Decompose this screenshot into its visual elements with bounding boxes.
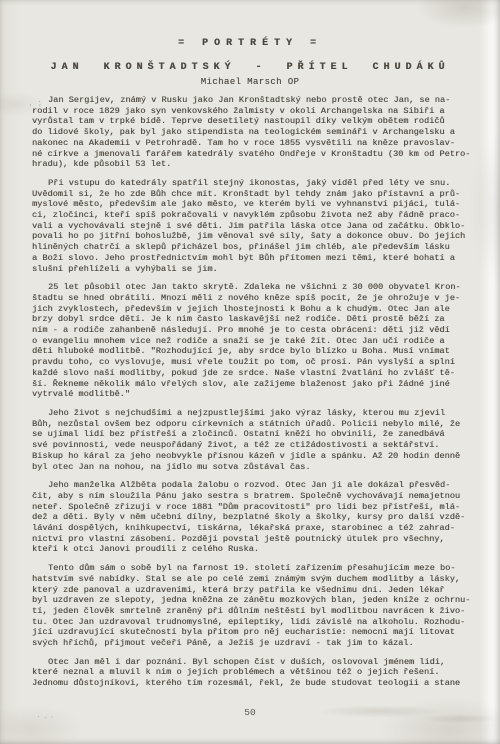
- text-line: Při vstupu do katedrály spatřil stejný i…: [32, 178, 476, 189]
- text-line: byl otec Jan na nohou, na jídlo mu sotva…: [32, 462, 476, 473]
- text-line: o evangeliu mnohem více než rodiče a sna…: [32, 336, 476, 347]
- text-line: tu. Otec Jan uzdravoval trudnomyslné, ep…: [32, 617, 476, 628]
- text-line: jící uzdravující skutečností byla přitom…: [32, 627, 476, 638]
- text-line: se ujímal lidí bez přístřeší a zločinců.…: [32, 429, 476, 440]
- text-line: nakonec na Akademii v Petrohradě. Tam ho…: [32, 138, 476, 149]
- text-line: brzy dobyl srdce dětí. Je k nim často la…: [32, 314, 476, 325]
- text-line: děti hluboké modlitbě. "Rozhodující je, …: [32, 346, 476, 357]
- text-line: kteří k otci Janovi proudili z celého Ru…: [32, 544, 476, 555]
- text-line: nictví pro vlastní zásobení. Později pov…: [32, 534, 476, 545]
- text-line: Otec Jan měl i dar poznání. Byl schopen …: [32, 657, 476, 668]
- page-number: 50: [0, 707, 500, 718]
- text-line: svých hříchů, přijmout večeři Páně, a Je…: [32, 638, 476, 649]
- text-line: své povinnosti, vede neuspořádaný život,…: [32, 440, 476, 451]
- text-line: myslové město, především ale jako město,…: [32, 199, 476, 210]
- text-line: povali ho po jitřní bohoslužbě, jim věno…: [32, 231, 476, 242]
- text-line: štadtu se hned obrátili. Mnozí měli z no…: [32, 293, 476, 304]
- text-line: které neznal a mluvil k nim o jejich pro…: [32, 667, 476, 678]
- paragraph: Jan Sergijev, známý v Rusku jako Jan Kro…: [32, 95, 476, 170]
- text-line: Biskup ho káral za jeho neobvykle přísno…: [32, 451, 476, 462]
- text-line: Tento dům sám o sobě byl na farnost 19. …: [32, 563, 476, 574]
- text-line: né církve a jmenovali farářem katedrály …: [32, 149, 476, 160]
- text-line: vali a vychovávali stejně i své děti. Ji…: [32, 221, 476, 232]
- text-line: každé slovo naší modlitby, pokud jde ze …: [32, 368, 476, 379]
- text-line: Bůh, nezůstal ovšem bez odporu církevníc…: [32, 419, 476, 430]
- text-line: neteř. Společně zřizují v roce 1881 "Dům…: [32, 502, 476, 513]
- text-line: ší. Řekneme několik málo vřelých slov, a…: [32, 379, 476, 390]
- text-line: ním - a rodiče zahanbeně následují. Pro …: [32, 325, 476, 336]
- text-line: pravdu toho, co vyslovuje, musí vřele to…: [32, 357, 476, 368]
- text-line: 25 let působil otec Jan takto skrytě. Zd…: [32, 282, 476, 293]
- article-heading: JAN KRONŠTADTSKÝ - PŘÍTEL CHUDÁKŮ: [0, 62, 500, 73]
- text-line: který zde panoval a uzdraveními, která b…: [32, 585, 476, 596]
- text-line: Uvědomil si, že ho zde Bůh chce mít. Kro…: [32, 189, 476, 200]
- text-line: hradu), kde působil 53 let.: [32, 159, 476, 170]
- text-line: jich zvyklostech, především v jejich lho…: [32, 304, 476, 315]
- scanned-page: = PORTRÉTY = JAN KRONŠTADTSKÝ - PŘÍTEL C…: [0, 0, 500, 744]
- text-line: do lidové školy, pak byl jako stipendist…: [32, 127, 476, 138]
- text-line: dež a děti. Byly v něm učební dílny, bez…: [32, 512, 476, 523]
- paragraph: Jeho manželka Alžběta podala žalobu o ro…: [32, 480, 476, 555]
- text-line: hliněných chatrčí a sklepů přicházel bos…: [32, 242, 476, 253]
- text-line: Jeho manželka Alžběta podala žalobu o ro…: [32, 480, 476, 491]
- text-line: Jednomu důstojníkovi, kterého tím rozesm…: [32, 678, 476, 689]
- text-line: Jan Sergijev, známý v Rusku jako Jan Kro…: [32, 95, 476, 106]
- text-line: lávání dospělých, knihkupectví, tiskárna…: [32, 523, 476, 534]
- paragraph: Při vstupu do katedrály spatřil stejný i…: [32, 178, 476, 274]
- article-body: Jan Sergijev, známý v Rusku jako Jan Kro…: [32, 95, 476, 689]
- text-line: tí, jeden člověk smrtelně zraněný při dů…: [32, 606, 476, 617]
- paragraph: 25 let působil otec Jan takto skrytě. Zd…: [32, 282, 476, 400]
- page-title: = PORTRÉTY =: [0, 38, 500, 49]
- text-line: čit, aby s ním sloužila Pánu jako sestra…: [32, 491, 476, 502]
- article-author: Michael Marsch OP: [0, 77, 500, 87]
- text-line: Jeho život s nejchudšími a nejzpustlejší…: [32, 408, 476, 419]
- text-line: slušní přehlíželi a vyhýbali se jim.: [32, 264, 476, 275]
- text-line: ci, zločinci, kteří spíš pokračovali v n…: [32, 210, 476, 221]
- text-line: hatstvím své nabídky. Stal se ale po cel…: [32, 574, 476, 585]
- text-line: byl uzdraven ze slepoty, jedna kněžna ze…: [32, 595, 476, 606]
- text-line: vyrůstal tam v trpké bídě. Teprve deseti…: [32, 116, 476, 127]
- paragraph: Otec Jan měl i dar poznání. Byl schopen …: [32, 657, 476, 689]
- paragraph: Tento dům sám o sobě byl na farnost 19. …: [32, 563, 476, 649]
- text-line: vytrvalé modlitbě.": [32, 389, 476, 400]
- paragraph: Jeho život s nejchudšími a nejzpustlejší…: [32, 408, 476, 472]
- text-line: a Boží slovo. Jeho prostřednictvím mohl …: [32, 253, 476, 264]
- text-line: rodil v roce 1829 jako syn venkovského ž…: [32, 106, 476, 117]
